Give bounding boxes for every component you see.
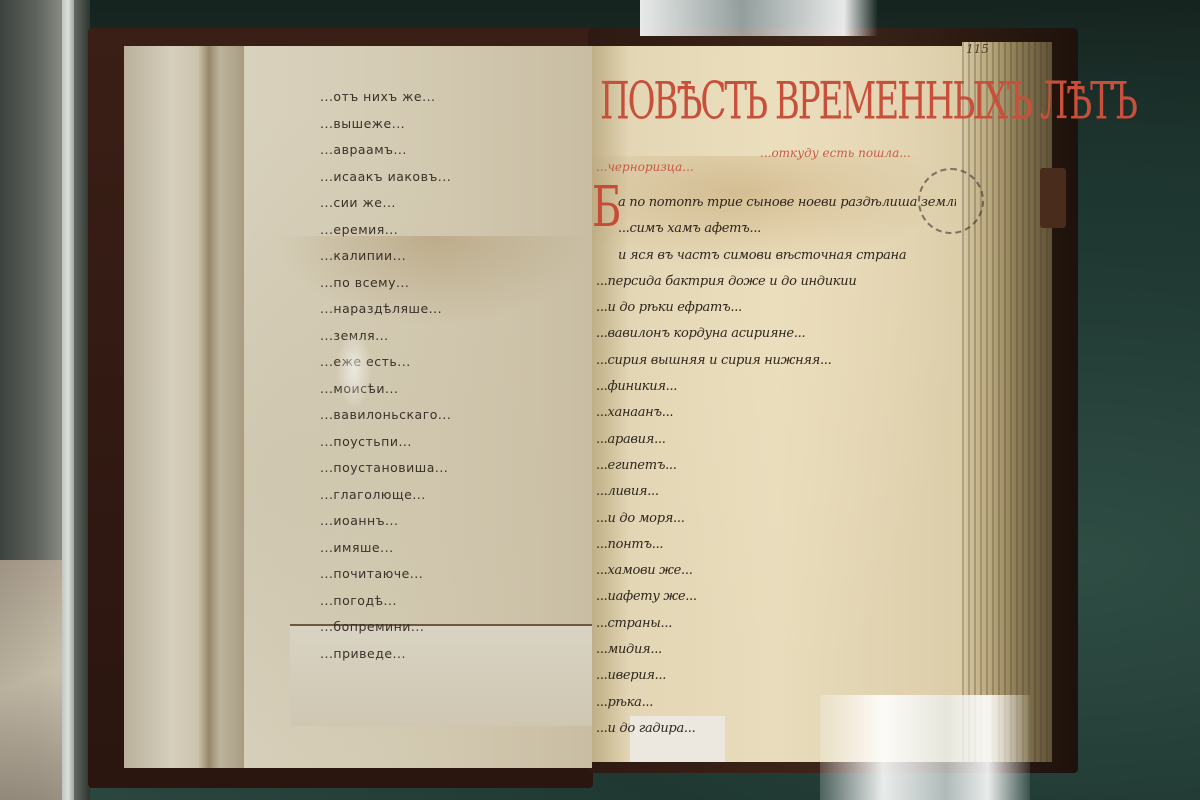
text-line: ...вышеже...: [320, 111, 590, 138]
text-line: ...имяше...: [320, 535, 590, 562]
text-line: ...иафету же...: [596, 584, 956, 610]
text-line: ...почитаюче...: [320, 561, 590, 588]
text-line: ...и до моря...: [596, 506, 956, 532]
folio-number: 115: [966, 42, 989, 56]
glass-case-edge: [0, 0, 90, 800]
page-guard: [124, 46, 244, 768]
text-line: ...понтъ...: [596, 532, 956, 558]
text-line: а по потопѣ трие сынове ноеви раздѣлиша …: [596, 190, 956, 216]
text-line: ...страны...: [596, 611, 956, 637]
text-line: ...вавилонъ кордуна асирияне...: [596, 321, 956, 347]
text-line: ...ливия...: [596, 479, 956, 505]
text-line: ...и до рѣки ефратъ...: [596, 295, 956, 321]
floor-reflection: [0, 560, 62, 800]
text-line: ...поустьпи...: [320, 429, 590, 456]
glass-reflection: [336, 330, 372, 410]
text-line: ...погодѣ...: [320, 588, 590, 615]
text-line: ...калипии...: [320, 243, 590, 270]
text-line: ...глаголюще...: [320, 482, 590, 509]
page-fold: [198, 46, 220, 768]
text-line: ...приведе...: [320, 641, 590, 668]
right-page-text: а по потопѣ трие сынове ноеви раздѣлиша …: [596, 190, 956, 742]
glass-reflection: [820, 695, 1030, 800]
text-line: ...нараздѣляше...: [320, 296, 590, 323]
rubric-subtitle: ...откуду есть пошла...: [760, 146, 911, 160]
text-line: ...авраамъ...: [320, 137, 590, 164]
text-line: ...иверия...: [596, 663, 956, 689]
text-line: ...еремия...: [320, 217, 590, 244]
text-line: ...сии же...: [320, 190, 590, 217]
glass-frame: [62, 0, 74, 800]
text-line: ...мидия...: [596, 637, 956, 663]
text-line: ...симъ хамъ афетъ...: [596, 216, 956, 242]
text-line: ...ханаанъ...: [596, 400, 956, 426]
text-line: ...хамови же...: [596, 558, 956, 584]
text-line: ...поустановиша...: [320, 455, 590, 482]
text-line: ...сирия вышняя и сирия нижняя...: [596, 348, 956, 374]
rubric-subtitle: ...черноризца...: [596, 160, 694, 174]
text-line: и яся въ частъ симови вѣсточная страна: [596, 243, 956, 269]
text-line: ...иоаннъ...: [320, 508, 590, 535]
text-line: ...аравия...: [596, 427, 956, 453]
text-line: ...египетъ...: [596, 453, 956, 479]
clasp: [1040, 168, 1066, 228]
text-line: ...исаакъ иаковъ...: [320, 164, 590, 191]
text-line: ...персида бактрия доже и до индикии: [596, 269, 956, 295]
rubric-title: ПОВѢСТЬ ВРЕМЕННЫХЪ ЛѢТЪ: [600, 72, 940, 132]
text-line: ...бопремини...: [320, 614, 590, 641]
text-line: ...финикия...: [596, 374, 956, 400]
text-line: ...по всему...: [320, 270, 590, 297]
glass-reflection: [640, 0, 980, 36]
text-line: ...отъ нихъ же...: [320, 84, 590, 111]
page-block-edges: [962, 42, 1052, 762]
